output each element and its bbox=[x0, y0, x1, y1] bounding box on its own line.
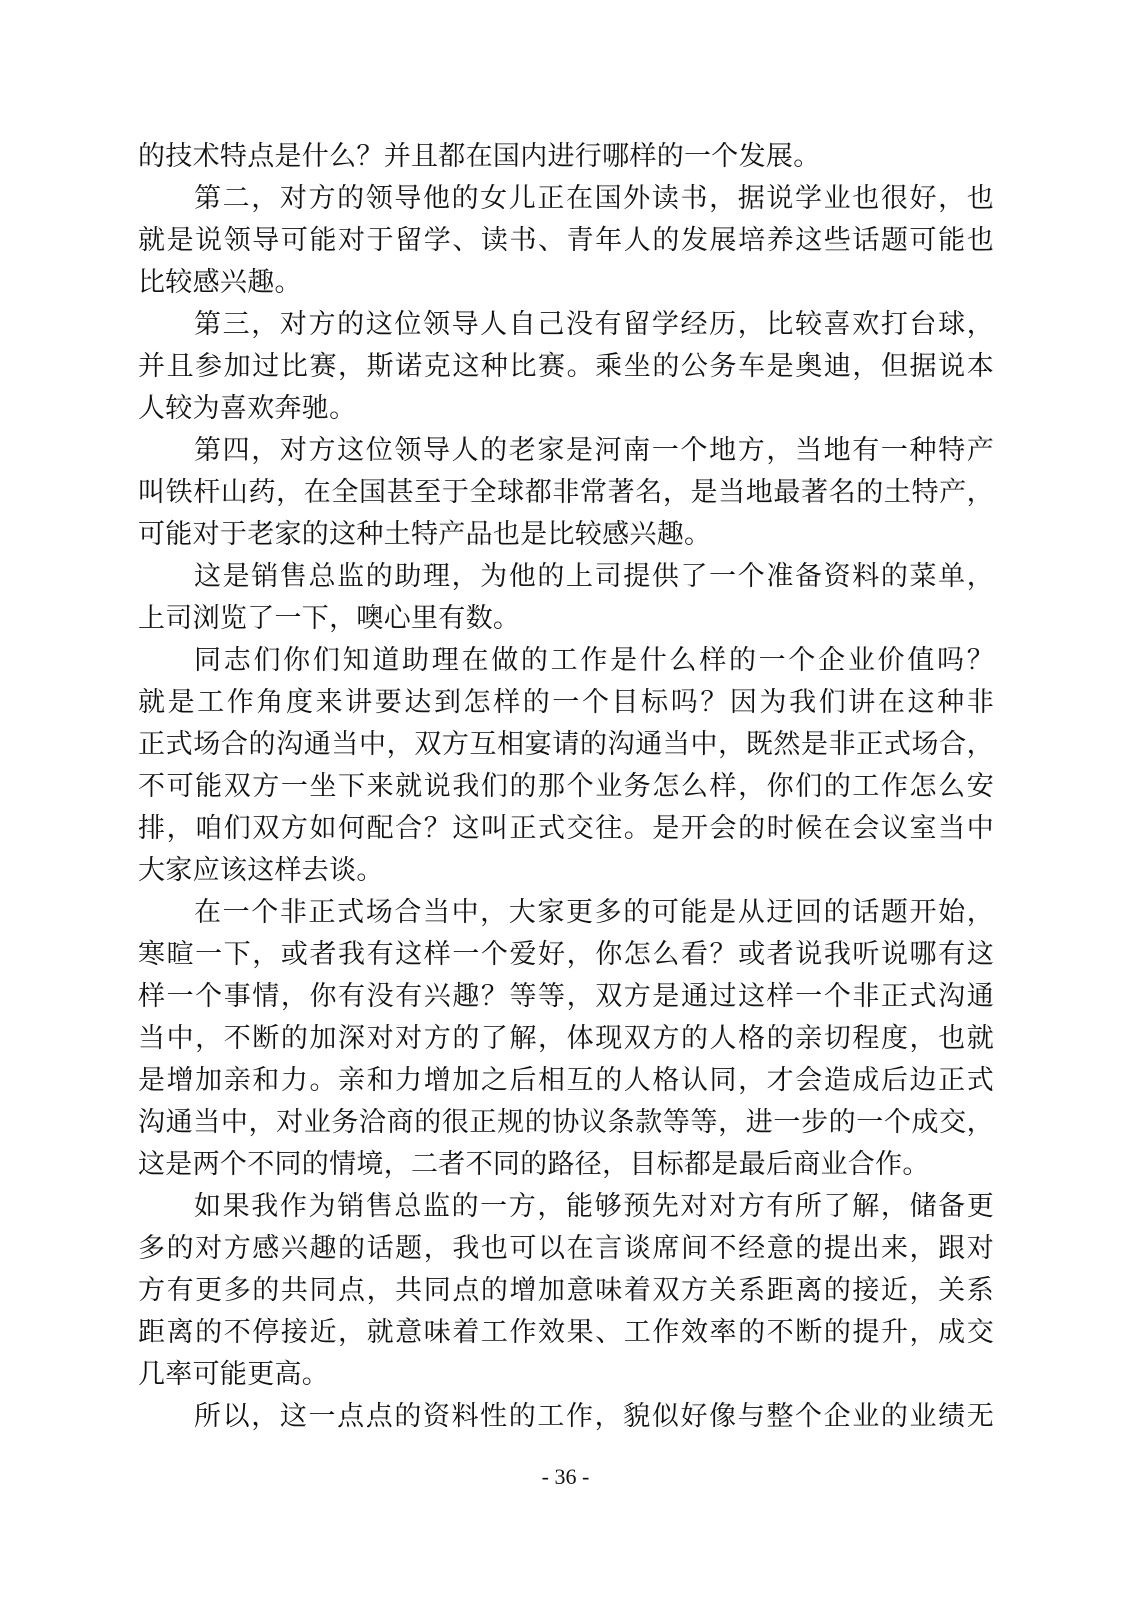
body-text: 的技术特点是什么？并且都在国内进行哪样的一个发展。第二，对方的领导他的女儿正在国… bbox=[138, 136, 994, 1438]
text-line: 距离的不停接近，就意味着工作效果、工作效率的不断的提升，成交 bbox=[138, 1312, 994, 1354]
text-line: 叫铁杆山药，在全国甚至于全球都非常著名，是当地最著名的土特产， bbox=[138, 472, 994, 514]
text-line: 不可能双方一坐下来就说我们的那个业务怎么样，你们的工作怎么安 bbox=[138, 766, 994, 808]
text-line: 大家应该这样去谈。 bbox=[138, 850, 994, 892]
text-line: 如果我作为销售总监的一方，能够预先对对方有所了解，储备更 bbox=[138, 1186, 994, 1228]
text-line: 人较为喜欢奔驰。 bbox=[138, 388, 994, 430]
text-line: 当中，不断的加深对对方的了解，体现双方的人格的亲切程度，也就 bbox=[138, 1018, 994, 1060]
page-number: - 36 - bbox=[0, 1462, 1131, 1492]
text-line: 几率可能更高。 bbox=[138, 1354, 994, 1396]
text-line: 就是说领导可能对于留学、读书、青年人的发展培养这些话题可能也 bbox=[138, 220, 994, 262]
text-line: 就是工作角度来讲要达到怎样的一个目标吗？因为我们讲在这种非 bbox=[138, 682, 994, 724]
text-line: 第二，对方的领导他的女儿正在国外读书，据说学业也很好，也 bbox=[138, 178, 994, 220]
text-line: 可能对于老家的这种土特产品也是比较感兴趣。 bbox=[138, 514, 994, 556]
text-line: 这是销售总监的助理，为他的上司提供了一个准备资料的菜单， bbox=[138, 556, 994, 598]
text-line: 方有更多的共同点，共同点的增加意味着双方关系距离的接近，关系 bbox=[138, 1270, 994, 1312]
text-line: 所以，这一点点的资料性的工作，貌似好像与整个企业的业绩无 bbox=[138, 1396, 994, 1438]
text-line: 正式场合的沟通当中，双方互相宴请的沟通当中，既然是非正式场合， bbox=[138, 724, 994, 766]
text-line: 并且参加过比赛，斯诺克这种比赛。乘坐的公务车是奥迪，但据说本 bbox=[138, 346, 994, 388]
text-line: 多的对方感兴趣的话题，我也可以在言谈席间不经意的提出来，跟对 bbox=[138, 1228, 994, 1270]
text-line: 比较感兴趣。 bbox=[138, 262, 994, 304]
text-line: 这是两个不同的情境，二者不同的路径，目标都是最后商业合作。 bbox=[138, 1144, 994, 1186]
text-line: 样一个事情，你有没有兴趣？等等，双方是通过这样一个非正式沟通 bbox=[138, 976, 994, 1018]
document-page: 的技术特点是什么？并且都在国内进行哪样的一个发展。第二，对方的领导他的女儿正在国… bbox=[0, 0, 1131, 1600]
text-line: 第三，对方的这位领导人自己没有留学经历，比较喜欢打台球， bbox=[138, 304, 994, 346]
text-line: 上司浏览了一下，噢心里有数。 bbox=[138, 598, 994, 640]
text-line: 同志们你们知道助理在做的工作是什么样的一个企业价值吗？ bbox=[138, 640, 994, 682]
text-line: 是增加亲和力。亲和力增加之后相互的人格认同，才会造成后边正式 bbox=[138, 1060, 994, 1102]
text-line: 的技术特点是什么？并且都在国内进行哪样的一个发展。 bbox=[138, 136, 994, 178]
text-line: 在一个非正式场合当中，大家更多的可能是从迂回的话题开始， bbox=[138, 892, 994, 934]
text-line: 第四，对方这位领导人的老家是河南一个地方，当地有一种特产 bbox=[138, 430, 994, 472]
text-line: 沟通当中，对业务洽商的很正规的协议条款等等，进一步的一个成交， bbox=[138, 1102, 994, 1144]
text-line: 排，咱们双方如何配合？这叫正式交往。是开会的时候在会议室当中 bbox=[138, 808, 994, 850]
text-line: 寒暄一下，或者我有这样一个爱好，你怎么看？或者说我听说哪有这 bbox=[138, 934, 994, 976]
